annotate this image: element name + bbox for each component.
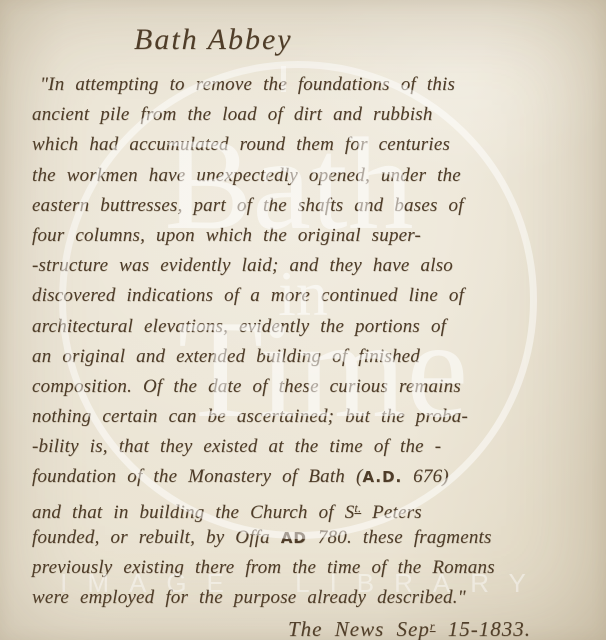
manuscript-segment: eastern buttresses, part of the shafts a… (32, 195, 464, 216)
manuscript-segment: previously existing there from the time … (32, 557, 495, 578)
manuscript-segment: were employed for the purpose already de… (32, 587, 466, 608)
manuscript-segment: foundation of the Monastery of Bath ( (32, 466, 362, 487)
manuscript-segment: 780. these fragments (307, 527, 492, 548)
manuscript-segment: which had accumulated round them for cen… (32, 134, 450, 155)
manuscript-page: Bath Abbey "In attempting to remove the … (0, 0, 606, 640)
manuscript-segment: -structure was evidently laid; and they … (32, 255, 453, 276)
manuscript-segment: Peters (361, 502, 422, 523)
manuscript-segment: "In attempting to remove the foundations… (40, 74, 455, 95)
page-title: Bath Abbey (134, 20, 592, 60)
manuscript-segment: the workmen have unexpectedly opened, un… (32, 165, 461, 186)
manuscript-line: nothing certain can be ascertained; but … (32, 402, 592, 432)
manuscript-segment: architectural elevations, evidently the … (32, 316, 446, 337)
manuscript-segment: founded, or rebuilt, by Offa (32, 527, 281, 548)
manuscript-segment: -bility is, that they existed at the tim… (32, 436, 441, 457)
manuscript-segment: four columns, upon which the original su… (32, 225, 421, 246)
manuscript-segment: 15-1833. (436, 617, 532, 640)
manuscript-body: "In attempting to remove the foundations… (32, 70, 592, 613)
manuscript-line: an original and extended building of fin… (32, 342, 592, 372)
manuscript-segment: an original and extended building of fin… (32, 346, 420, 367)
manuscript-segment: 676) (402, 466, 449, 487)
manuscript-segment: composition. Of the date of these curiou… (32, 376, 461, 397)
manuscript-segment: A.D. (362, 468, 402, 486)
manuscript-segment: ancient pile from the load of dirt and r… (32, 104, 433, 125)
manuscript-text: Bath Abbey "In attempting to remove the … (32, 20, 592, 640)
manuscript-line: -bility is, that they existed at the tim… (32, 432, 592, 462)
manuscript-line: composition. Of the date of these curiou… (32, 372, 592, 402)
manuscript-segment: AD (281, 529, 307, 547)
manuscript-line: previously existing there from the time … (32, 553, 592, 583)
manuscript-segment: discovered indications of a more continu… (32, 285, 464, 306)
manuscript-line: architectural elevations, evidently the … (32, 312, 592, 342)
manuscript-segment: and that in building the Church of S (32, 502, 354, 523)
attribution-line: The News Sepr 15-1833. (288, 613, 592, 640)
manuscript-segment: The News Sep (288, 617, 430, 640)
manuscript-line: discovered indications of a more continu… (32, 281, 592, 311)
manuscript-line: -structure was evidently laid; and they … (32, 251, 592, 281)
manuscript-line: the workmen have unexpectedly opened, un… (32, 161, 592, 191)
manuscript-line: ancient pile from the load of dirt and r… (32, 100, 592, 130)
manuscript-line: four columns, upon which the original su… (32, 221, 592, 251)
manuscript-line: "In attempting to remove the foundations… (32, 70, 592, 100)
manuscript-line: founded, or rebuilt, by Offa AD 780. the… (32, 523, 592, 553)
manuscript-line: were employed for the purpose already de… (32, 583, 592, 613)
manuscript-line: foundation of the Monastery of Bath (A.D… (32, 462, 592, 492)
manuscript-line: which had accumulated round them for cen… (32, 130, 592, 160)
manuscript-line: eastern buttresses, part of the shafts a… (32, 191, 592, 221)
manuscript-segment: nothing certain can be ascertained; but … (32, 406, 468, 427)
manuscript-line: and that in building the Church of St. P… (32, 493, 592, 523)
